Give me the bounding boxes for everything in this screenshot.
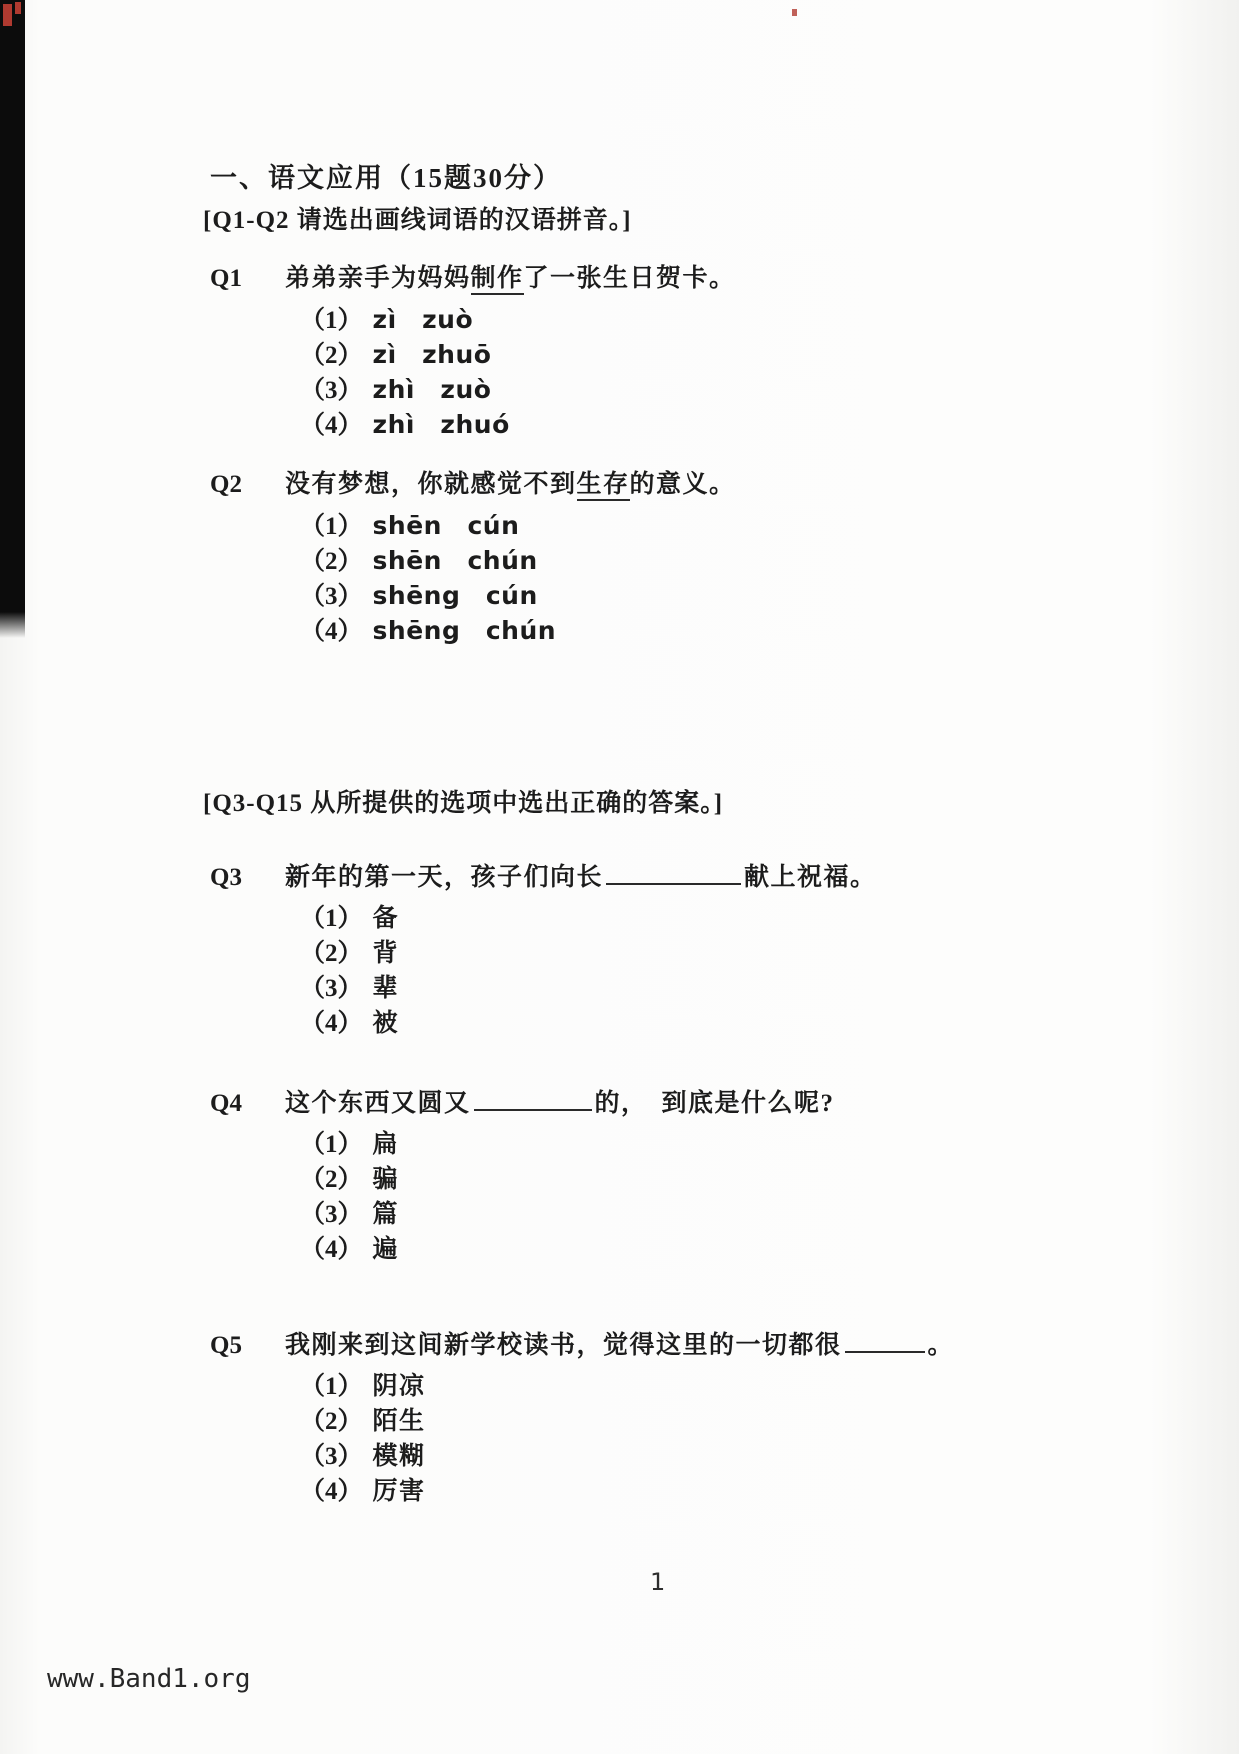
option-number: （2） — [300, 1408, 363, 1435]
option: （2）zì zhuō — [300, 337, 736, 372]
question-q5: Q5我刚来到这间新学校读书，觉得这里的一切都很。 （1）阴凉 （2）陌生 （3）… — [210, 1328, 954, 1509]
option-text: 骗 — [373, 1166, 400, 1193]
option-text: 背 — [373, 940, 400, 967]
option-number: （1） — [300, 513, 363, 540]
option-number: （3） — [300, 975, 363, 1002]
scan-edge-strip — [0, 0, 25, 612]
question-text: 新年的第一天，孩子们向长献上祝福。 — [285, 864, 877, 891]
option-text: shēn chún — [373, 546, 538, 575]
option: （2）骗 — [300, 1162, 835, 1197]
option-text: zì zuò — [373, 305, 474, 334]
scanned-exam-page: 一、语文应用（15题30分） [Q1-Q2 请选出画线词语的汉语拼音。] Q1弟… — [0, 0, 1239, 1754]
section-title: 一、语文应用（15题30分） — [210, 156, 562, 195]
text-before-underline: 弟弟亲手为妈妈 — [285, 265, 471, 292]
option: （1）shēn cún — [300, 508, 736, 543]
option-text: zhì zhuó — [373, 410, 510, 439]
question-line: Q4这个东西又圆又的， 到底是什么呢? — [210, 1086, 835, 1121]
question-number: Q2 — [210, 468, 285, 502]
option-number: （2） — [300, 940, 363, 967]
option: （4）shēng chún — [300, 613, 736, 648]
option: （1）备 — [300, 901, 877, 936]
text-after-underline: 的意义。 — [630, 471, 736, 498]
option-number: （1） — [300, 905, 363, 932]
options-list: （1）阴凉 （2）陌生 （3）模糊 （4）厉害 — [300, 1369, 954, 1509]
option: （4）遍 — [300, 1232, 835, 1267]
question-text: 没有梦想，你就感觉不到生存的意义。 — [285, 471, 736, 501]
option-text: shēn cún — [373, 511, 520, 540]
option: （2）陌生 — [300, 1404, 954, 1439]
option: （2）背 — [300, 936, 877, 971]
option-number: （3） — [300, 1201, 363, 1228]
option-text: 被 — [373, 1010, 400, 1037]
question-number: Q5 — [210, 1329, 285, 1363]
option-number: （4） — [300, 1478, 363, 1505]
option-number: （1） — [300, 1373, 363, 1400]
options-list: （1）扁 （2）骗 （3）篇 （4）遍 — [300, 1127, 835, 1267]
scan-artifact — [792, 9, 797, 16]
question-text: 这个东西又圆又的， 到底是什么呢? — [285, 1090, 835, 1117]
answer-blank — [474, 1086, 592, 1111]
text-after-blank: 献上祝福。 — [744, 864, 877, 891]
option-number: （1） — [300, 307, 363, 334]
scan-artifact — [15, 2, 21, 14]
option: （3）辈 — [300, 971, 877, 1006]
instruction-q3-q15: [Q3-Q15 从所提供的选项中选出正确的答案。] — [203, 783, 723, 819]
options-list: （1）备 （2）背 （3）辈 （4）被 — [300, 901, 877, 1041]
footer-url: www.Band1.org — [47, 1664, 251, 1694]
underlined-word: 生存 — [577, 471, 630, 501]
option: （3）zhì zuò — [300, 372, 736, 407]
option-number: （4） — [300, 412, 363, 439]
option-text: zhì zuò — [373, 375, 492, 404]
option-number: （4） — [300, 618, 363, 645]
question-number: Q4 — [210, 1087, 285, 1121]
option: （1）zì zuò — [300, 302, 736, 337]
question-number: Q3 — [210, 861, 285, 895]
option: （4）zhì zhuó — [300, 407, 736, 442]
page-number: 1 — [650, 1568, 665, 1596]
option-text: 遍 — [373, 1236, 400, 1263]
text-before-blank: 我刚来到这间新学校读书，觉得这里的一切都很 — [285, 1332, 842, 1359]
question-number: Q1 — [210, 262, 285, 296]
option-number: （3） — [300, 377, 363, 404]
text-before-blank: 新年的第一天，孩子们向长 — [285, 864, 603, 891]
option-number: （3） — [300, 1443, 363, 1470]
option-number: （2） — [300, 342, 363, 369]
question-line: Q1弟弟亲手为妈妈制作了一张生日贺卡。 — [210, 262, 736, 296]
question-line: Q5我刚来到这间新学校读书，觉得这里的一切都很。 — [210, 1328, 954, 1363]
option: （1）阴凉 — [300, 1369, 954, 1404]
answer-blank — [845, 1328, 925, 1353]
option-number: （2） — [300, 548, 363, 575]
option-text: 模糊 — [373, 1443, 426, 1470]
answer-blank — [606, 860, 741, 885]
option-text: shēng cún — [373, 581, 538, 610]
option-number: （4） — [300, 1236, 363, 1263]
instruction-q1-q2: [Q1-Q2 请选出画线词语的汉语拼音。] — [203, 200, 632, 236]
option: （4）被 — [300, 1006, 877, 1041]
option: （3）模糊 — [300, 1439, 954, 1474]
question-text: 我刚来到这间新学校读书，觉得这里的一切都很。 — [285, 1332, 954, 1359]
option: （3）篇 — [300, 1197, 835, 1232]
text-before-blank: 这个东西又圆又 — [285, 1090, 471, 1117]
option: （2）shēn chún — [300, 543, 736, 578]
question-text: 弟弟亲手为妈妈制作了一张生日贺卡。 — [285, 265, 736, 295]
option: （3）shēng cún — [300, 578, 736, 613]
option-text: 扁 — [373, 1131, 400, 1158]
option-text: zì zhuō — [373, 340, 492, 369]
option-number: （4） — [300, 1010, 363, 1037]
underlined-word: 制作 — [471, 265, 524, 295]
question-line: Q3新年的第一天，孩子们向长献上祝福。 — [210, 860, 877, 895]
question-line: Q2没有梦想，你就感觉不到生存的意义。 — [210, 468, 736, 502]
question-q3: Q3新年的第一天，孩子们向长献上祝福。 （1）备 （2）背 （3）辈 （4）被 — [210, 860, 877, 1041]
question-q1: Q1弟弟亲手为妈妈制作了一张生日贺卡。 （1）zì zuò （2）zì zhuō… — [210, 262, 736, 442]
scan-edge-strip-fade — [0, 612, 25, 638]
option-text: 篇 — [373, 1201, 400, 1228]
question-q4: Q4这个东西又圆又的， 到底是什么呢? （1）扁 （2）骗 （3）篇 （4）遍 — [210, 1086, 835, 1267]
option-number: （3） — [300, 583, 363, 610]
option-text: 陌生 — [373, 1408, 426, 1435]
text-after-underline: 了一张生日贺卡。 — [524, 265, 736, 292]
options-list: （1）shēn cún （2）shēn chún （3）shēng cún （4… — [300, 508, 736, 648]
text-after-blank: 。 — [928, 1332, 955, 1359]
option: （4）厉害 — [300, 1474, 954, 1509]
text-after-blank: 的， 到底是什么呢? — [595, 1090, 835, 1117]
option-text: 备 — [373, 905, 400, 932]
question-q2: Q2没有梦想，你就感觉不到生存的意义。 （1）shēn cún （2）shēn … — [210, 468, 736, 648]
option-number: （2） — [300, 1166, 363, 1193]
option: （1）扁 — [300, 1127, 835, 1162]
options-list: （1）zì zuò （2）zì zhuō （3）zhì zuò （4）zhì z… — [300, 302, 736, 442]
text-before-underline: 没有梦想，你就感觉不到 — [285, 471, 577, 498]
option-text: 阴凉 — [373, 1373, 426, 1400]
option-text: 辈 — [373, 975, 400, 1002]
option-number: （1） — [300, 1131, 363, 1158]
scan-artifact — [3, 4, 12, 26]
option-text: 厉害 — [373, 1478, 426, 1505]
option-text: shēng chún — [373, 616, 557, 645]
